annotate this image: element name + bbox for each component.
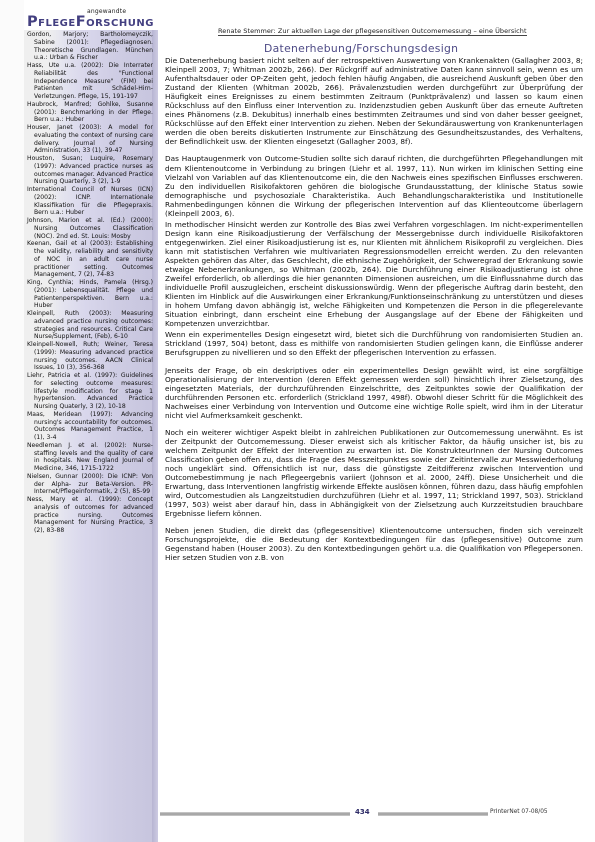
reference-item: Houser, Janet (2003): A model for evalua… [27, 124, 153, 155]
page-margin [0, 0, 24, 842]
paragraph: Neben jenen Studien, die direkt das (pfl… [165, 526, 583, 562]
section-title: Datenerhebung/Forschungsdesign [264, 42, 458, 55]
reference-item: Kleinpell-Nowell, Ruth; Weiner, Teresa (… [27, 341, 153, 372]
footer-rule-right [378, 812, 488, 816]
footer-rule-left [160, 812, 350, 816]
reference-item: King, Cynthia; Hinds, Pamela (Hrsg.) (20… [27, 279, 153, 310]
reference-item: Needleman J. et al. (2002): Nurse-staffi… [27, 442, 153, 473]
reference-item: Keenan, Gail et al (2003): Establishing … [27, 240, 153, 279]
issue-label: PrInterNet 07-08/05 [490, 809, 548, 815]
paragraph: Jenseits der Frage, ob ein deskriptives … [165, 366, 583, 420]
paragraph: Noch ein weiterer wichtiger Aspekt bleib… [165, 428, 583, 518]
reference-item: Maas, Meridean (1997): Advancing nursing… [27, 411, 153, 442]
paragraph: Die Datenerhebung basiert nicht selten a… [165, 56, 583, 146]
page-number: 434 [355, 808, 370, 816]
running-head: Renate Stemmer: Zur aktuellen Lage der p… [218, 27, 527, 36]
reference-list: Gordon, Marjory; Bartholomeyczik, Sabine… [27, 31, 153, 535]
paragraph: Das Hauptaugenmerk von Outcome-Studien s… [165, 154, 583, 217]
reference-item: Nielsen, Gunnar (2000): Die ICNP: Von de… [27, 473, 153, 496]
reference-item: Liehr, Patricia et al. (1997): Guideline… [27, 372, 153, 411]
article-body: Die Datenerhebung basiert nicht selten a… [165, 56, 583, 570]
reference-item: Gordon, Marjory; Bartholomeyczik, Sabine… [27, 31, 153, 62]
reference-item: International Council of Nurses (ICN) (2… [27, 186, 153, 217]
brand-title: PflegeForschung [27, 14, 154, 30]
reference-item: Haubrock, Manfred; Gohlke, Susanne (2001… [27, 101, 153, 124]
reference-item: Johnson, Marion et al. (Ed.) (2000): Nur… [27, 217, 153, 240]
reference-item: Kleinpell, Ruth (2003): Measuring advanc… [27, 310, 153, 341]
reference-item: Hass, Ute u.a. (2002): Die Interrater Re… [27, 62, 153, 101]
reference-item: Houston, Susan; Luquire, Rosemary (1997)… [27, 155, 153, 186]
reference-item: Ness, Mary et al. (1999): Concept analys… [27, 496, 153, 535]
paragraph: In methodischer Hinsicht werden zur Kont… [165, 220, 583, 329]
paragraph: Wenn ein experimentelles Design eingeset… [165, 330, 583, 357]
